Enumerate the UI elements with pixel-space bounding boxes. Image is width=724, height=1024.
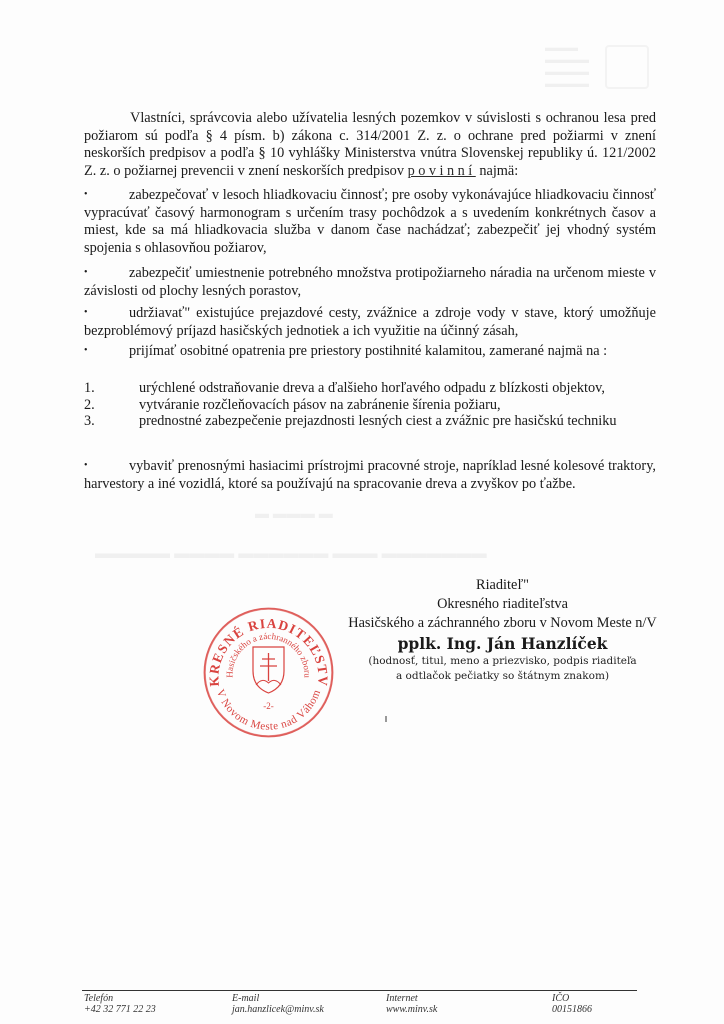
bullet-item-patrol: •zabezpečovať v lesoch hliadkovaciu činn… — [84, 186, 656, 257]
footer-phone: Telefón +42 32 771 22 23 — [84, 993, 156, 1015]
signature-note-line1: (hodnosť, titul, meno a priezvisko, podp… — [330, 654, 675, 669]
numbered-item: 1. urýchlené odstraňovanie dreva a ďalši… — [84, 380, 656, 397]
bullet-text: prijímať osobitné opatrenia pre priestor… — [129, 343, 607, 359]
signatory-title: Riaditeľ" — [330, 576, 675, 595]
intro-paragraph: Vlastníci, správcovia alebo užívatelia l… — [84, 110, 656, 180]
slovak-coat-of-arms-icon — [253, 647, 284, 693]
footer-email-label: E-mail — [232, 993, 324, 1004]
intro-text: Vlastníci, správcovia alebo užívatelia l… — [84, 110, 656, 179]
bullet-icon: • — [84, 264, 129, 282]
stamp-number: -2- — [263, 701, 274, 711]
intro-text-after: najmä: — [479, 163, 518, 179]
bullet-icon: • — [84, 457, 129, 475]
footer-internet-value[interactable]: www.minv.sk — [386, 1004, 437, 1015]
footer-ico: IČO 00151866 — [552, 993, 592, 1015]
item-number: 2. — [84, 397, 139, 414]
signature-note-line2: a odtlačok pečiatky so štátnym znakom) — [330, 669, 675, 684]
item-number: 3. — [84, 413, 139, 430]
bullet-text: zabezpečiť umiestnenie potrebného množst… — [84, 265, 656, 299]
footer-email-value[interactable]: jan.hanzlicek@minv.sk — [232, 1004, 324, 1015]
ghost-text-2: ▬▬▬▬▬ ▬▬▬▬ ▬▬▬▬▬▬ ▬▬▬ ▬▬▬▬▬▬▬ — [95, 545, 487, 562]
signatory-office: Okresného riaditeľstva — [330, 595, 675, 614]
footer-phone-value: +42 32 771 22 23 — [84, 1004, 156, 1015]
signature-block: Riaditeľ" Okresného riaditeľstva Hasičsk… — [330, 576, 675, 684]
footer-internet-label: Internet — [386, 993, 437, 1004]
ghost-logo-mark — [605, 45, 649, 89]
bullet-text: zabezpečovať v lesoch hliadkovaciu činno… — [84, 187, 656, 256]
bullet-item-calamity: •prijímať osobitné opatrenia pre priesto… — [84, 342, 656, 361]
footer-phone-label: Telefón — [84, 993, 156, 1004]
bullet-icon: • — [84, 342, 129, 360]
bullet-item-roads: •udržiavať" existujúce prejazdové cesty,… — [84, 304, 656, 340]
intro-emphasis: povinní — [408, 163, 476, 179]
numbered-list: 1. urýchlené odstraňovanie dreva a ďalši… — [84, 380, 656, 430]
item-text: prednostné zabezpečenie prejazdnosti les… — [139, 413, 617, 430]
ghost-header-text: ▬▬▬▬▬▬▬▬▬▬▬▬▬▬▬ — [545, 42, 589, 90]
item-text: vytváranie rozčleňovacích pásov na zabrá… — [139, 397, 501, 414]
bullet-icon: • — [84, 304, 129, 322]
item-text: urýchlené odstraňovanie dreva a ďalšieho… — [139, 380, 605, 397]
stray-mark — [385, 716, 387, 722]
footer: Telefón +42 32 771 22 23 E-mail jan.hanz… — [82, 990, 637, 991]
bullet-text: udržiavať" existujúce prejazdové cesty, … — [84, 305, 656, 339]
ghost-text-1: ▬ ▬▬▬ ▬ — [255, 505, 333, 521]
bullet-icon: • — [84, 186, 129, 204]
footer-email: E-mail jan.hanzlicek@minv.sk — [232, 993, 324, 1015]
bullet-item-extinguishers: •vybaviť prenosnými hasiacimi prístrojmi… — [84, 457, 656, 493]
footer-internet: Internet www.minv.sk — [386, 993, 437, 1015]
item-number: 1. — [84, 380, 139, 397]
bullet-item-equipment: •zabezpečiť umiestnenie potrebného množs… — [84, 264, 656, 300]
signatory-organization: Hasičského a záchranného zboru v Novom M… — [330, 614, 675, 633]
bullet-text: vybaviť prenosnými hasiacimi prístrojmi … — [84, 458, 656, 492]
signatory-name: pplk. Ing. Ján Hanzlíček — [330, 633, 675, 654]
numbered-item: 3. prednostné zabezpečenie prejazdnosti … — [84, 413, 656, 430]
document-page: ▬▬▬▬▬▬▬▬▬▬▬▬▬▬▬ ▬ ▬▬▬ ▬ ▬▬▬▬▬ ▬▬▬▬ ▬▬▬▬▬… — [0, 0, 724, 1024]
footer-ico-value: 00151866 — [552, 1004, 592, 1015]
numbered-item: 2. vytváranie rozčleňovacích pásov na za… — [84, 397, 656, 414]
footer-ico-label: IČO — [552, 993, 592, 1004]
official-stamp-icon: OKRESNÉ RIADITEĽSTVO Hasičského a záchra… — [201, 605, 336, 740]
